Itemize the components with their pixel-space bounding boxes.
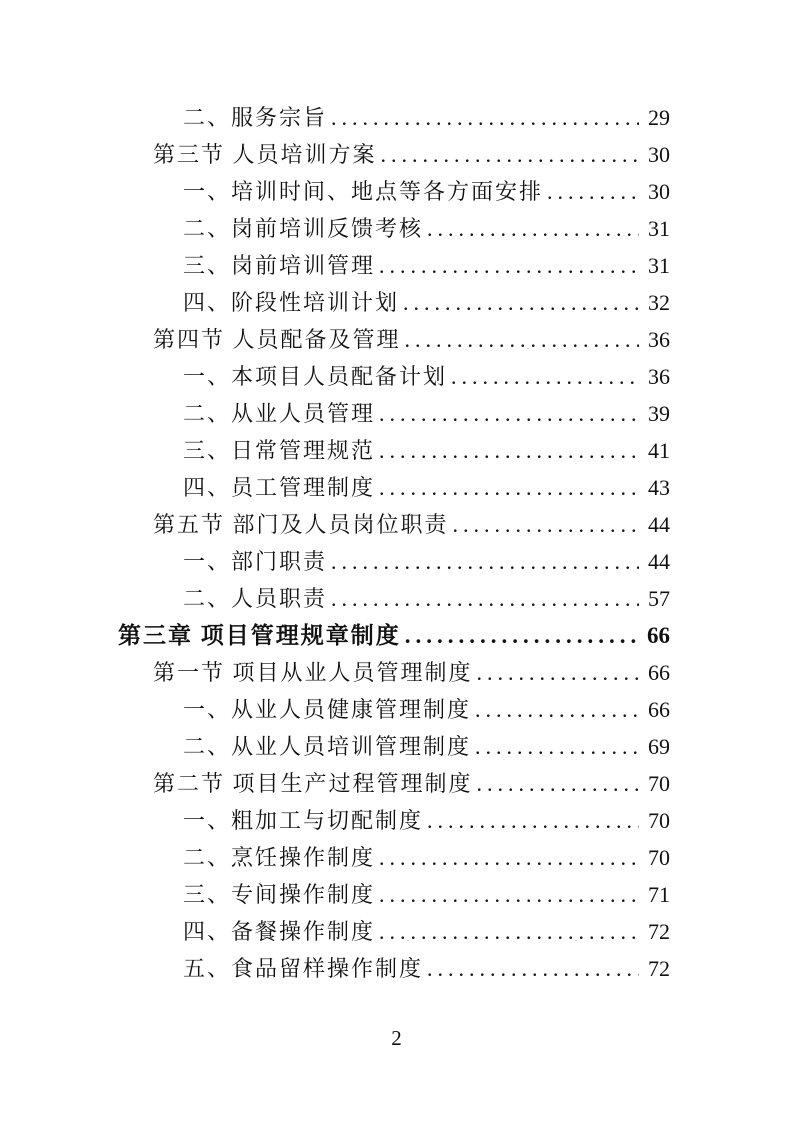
dot-leader	[477, 654, 639, 691]
toc-entry-page: 32	[648, 284, 670, 321]
toc-entry-label: 二、岗前培训反馈考核	[183, 210, 423, 247]
toc-entry-page: 30	[648, 173, 670, 210]
toc-entry: 第一节 项目从业人员管理制度 66	[0, 654, 670, 691]
toc-entry-label: 三、日常管理规范	[183, 432, 375, 469]
toc-entry-page: 72	[648, 950, 670, 987]
toc-entry-label: 第四节 人员配备及管理	[153, 321, 401, 358]
dot-leader	[379, 839, 639, 876]
dot-leader	[427, 950, 639, 987]
toc-entry-label: 第二节 项目生产过程管理制度	[153, 765, 473, 802]
toc-entry: 二、人员职责 57	[0, 580, 670, 617]
toc-entry-label: 二、从业人员管理	[183, 395, 375, 432]
dot-leader	[381, 136, 639, 173]
toc-entry-page: 29	[648, 99, 670, 136]
toc-entry-page: 66	[647, 617, 670, 654]
toc-entry: 四、备餐操作制度 72	[0, 913, 670, 950]
toc-entry-label: 五、食品留样操作制度	[183, 950, 423, 987]
dot-leader	[547, 173, 639, 210]
dot-leader	[379, 913, 639, 950]
toc-entry-page: 44	[648, 543, 670, 580]
toc-entry-page: 66	[648, 691, 670, 728]
toc-entry-page: 31	[648, 247, 670, 284]
toc-entry: 第四节 人员配备及管理 36	[0, 321, 670, 358]
dot-leader	[379, 432, 639, 469]
toc-entry: 第三节 人员培训方案 30	[0, 136, 670, 173]
toc-entry-label: 三、专间操作制度	[183, 876, 375, 913]
toc-entry: 三、日常管理规范 41	[0, 432, 670, 469]
dot-leader	[451, 358, 639, 395]
toc-entry-page: 70	[648, 839, 670, 876]
dot-leader	[331, 543, 639, 580]
toc-entry: 五、食品留样操作制度 72	[0, 950, 670, 987]
toc-entry-page: 71	[648, 876, 670, 913]
toc-entry: 一、从业人员健康管理制度 66	[0, 691, 670, 728]
toc-entry-label: 第五节 部门及人员岗位职责	[153, 506, 449, 543]
toc-entry: 二、服务宗旨 29	[0, 99, 670, 136]
dot-leader	[379, 395, 639, 432]
toc-entry: 一、部门职责 44	[0, 543, 670, 580]
toc-entry: 第三章 项目管理规章制度 66	[0, 617, 670, 654]
toc-entry-label: 一、本项目人员配备计划	[183, 358, 447, 395]
toc-entry-page: 69	[648, 728, 670, 765]
toc-entry-page: 43	[648, 469, 670, 506]
toc-entry-page: 36	[648, 321, 670, 358]
dot-leader	[405, 321, 639, 358]
toc-entry-page: 66	[648, 654, 670, 691]
toc-entry-label: 四、阶段性培训计划	[183, 284, 399, 321]
dot-leader	[427, 802, 639, 839]
toc-entry-page: 72	[648, 913, 670, 950]
toc-entry-page: 39	[648, 395, 670, 432]
toc-entry: 第五节 部门及人员岗位职责 44	[0, 506, 670, 543]
document-page: 二、服务宗旨 29 第三节 人员培训方案 30 一、培训时间、地点等各方面安排 …	[0, 0, 793, 1122]
toc-entry-label: 第三节 人员培训方案	[153, 136, 377, 173]
toc-entry-label: 三、岗前培训管理	[183, 247, 375, 284]
toc-entry: 二、烹饪操作制度 70	[0, 839, 670, 876]
dot-leader	[379, 469, 639, 506]
toc-entry-label: 二、人员职责	[183, 580, 327, 617]
toc-entry: 三、专间操作制度 71	[0, 876, 670, 913]
toc-entry: 二、从业人员培训管理制度 69	[0, 728, 670, 765]
toc-entry-page: 30	[648, 136, 670, 173]
table-of-contents: 二、服务宗旨 29 第三节 人员培训方案 30 一、培训时间、地点等各方面安排 …	[0, 99, 670, 987]
toc-entry-label: 一、从业人员健康管理制度	[183, 691, 471, 728]
toc-entry-label: 四、备餐操作制度	[183, 913, 375, 950]
toc-entry-page: 31	[648, 210, 670, 247]
toc-entry-label: 第三章 项目管理规章制度	[118, 617, 401, 654]
toc-entry: 四、员工管理制度 43	[0, 469, 670, 506]
dot-leader	[427, 210, 639, 247]
dot-leader	[475, 691, 639, 728]
page-number: 2	[391, 1026, 402, 1050]
toc-entry-label: 四、员工管理制度	[183, 469, 375, 506]
toc-entry: 二、岗前培训反馈考核 31	[0, 210, 670, 247]
toc-entry-page: 57	[648, 580, 670, 617]
toc-entry: 一、培训时间、地点等各方面安排 30	[0, 173, 670, 210]
toc-entry-label: 一、培训时间、地点等各方面安排	[183, 173, 543, 210]
toc-entry-label: 第一节 项目从业人员管理制度	[153, 654, 473, 691]
page-footer: 2	[0, 1027, 793, 1050]
toc-entry: 三、岗前培训管理 31	[0, 247, 670, 284]
toc-entry-page: 70	[648, 802, 670, 839]
dot-leader	[379, 247, 639, 284]
toc-entry: 四、阶段性培训计划 32	[0, 284, 670, 321]
dot-leader	[453, 506, 639, 543]
toc-entry: 第二节 项目生产过程管理制度 70	[0, 765, 670, 802]
dot-leader	[477, 765, 639, 802]
dot-leader	[405, 617, 638, 654]
toc-entry-page: 41	[648, 432, 670, 469]
toc-entry-label: 二、服务宗旨	[183, 99, 327, 136]
dot-leader	[379, 876, 639, 913]
toc-entry: 一、粗加工与切配制度 70	[0, 802, 670, 839]
dot-leader	[331, 99, 639, 136]
toc-entry-page: 36	[648, 358, 670, 395]
toc-entry-page: 44	[648, 506, 670, 543]
dot-leader	[403, 284, 639, 321]
toc-entry-label: 一、粗加工与切配制度	[183, 802, 423, 839]
toc-entry-label: 二、烹饪操作制度	[183, 839, 375, 876]
toc-entry-label: 一、部门职责	[183, 543, 327, 580]
toc-entry-label: 二、从业人员培训管理制度	[183, 728, 471, 765]
toc-entry-page: 70	[648, 765, 670, 802]
dot-leader	[331, 580, 639, 617]
toc-entry: 一、本项目人员配备计划 36	[0, 358, 670, 395]
toc-entry: 二、从业人员管理 39	[0, 395, 670, 432]
dot-leader	[475, 728, 639, 765]
